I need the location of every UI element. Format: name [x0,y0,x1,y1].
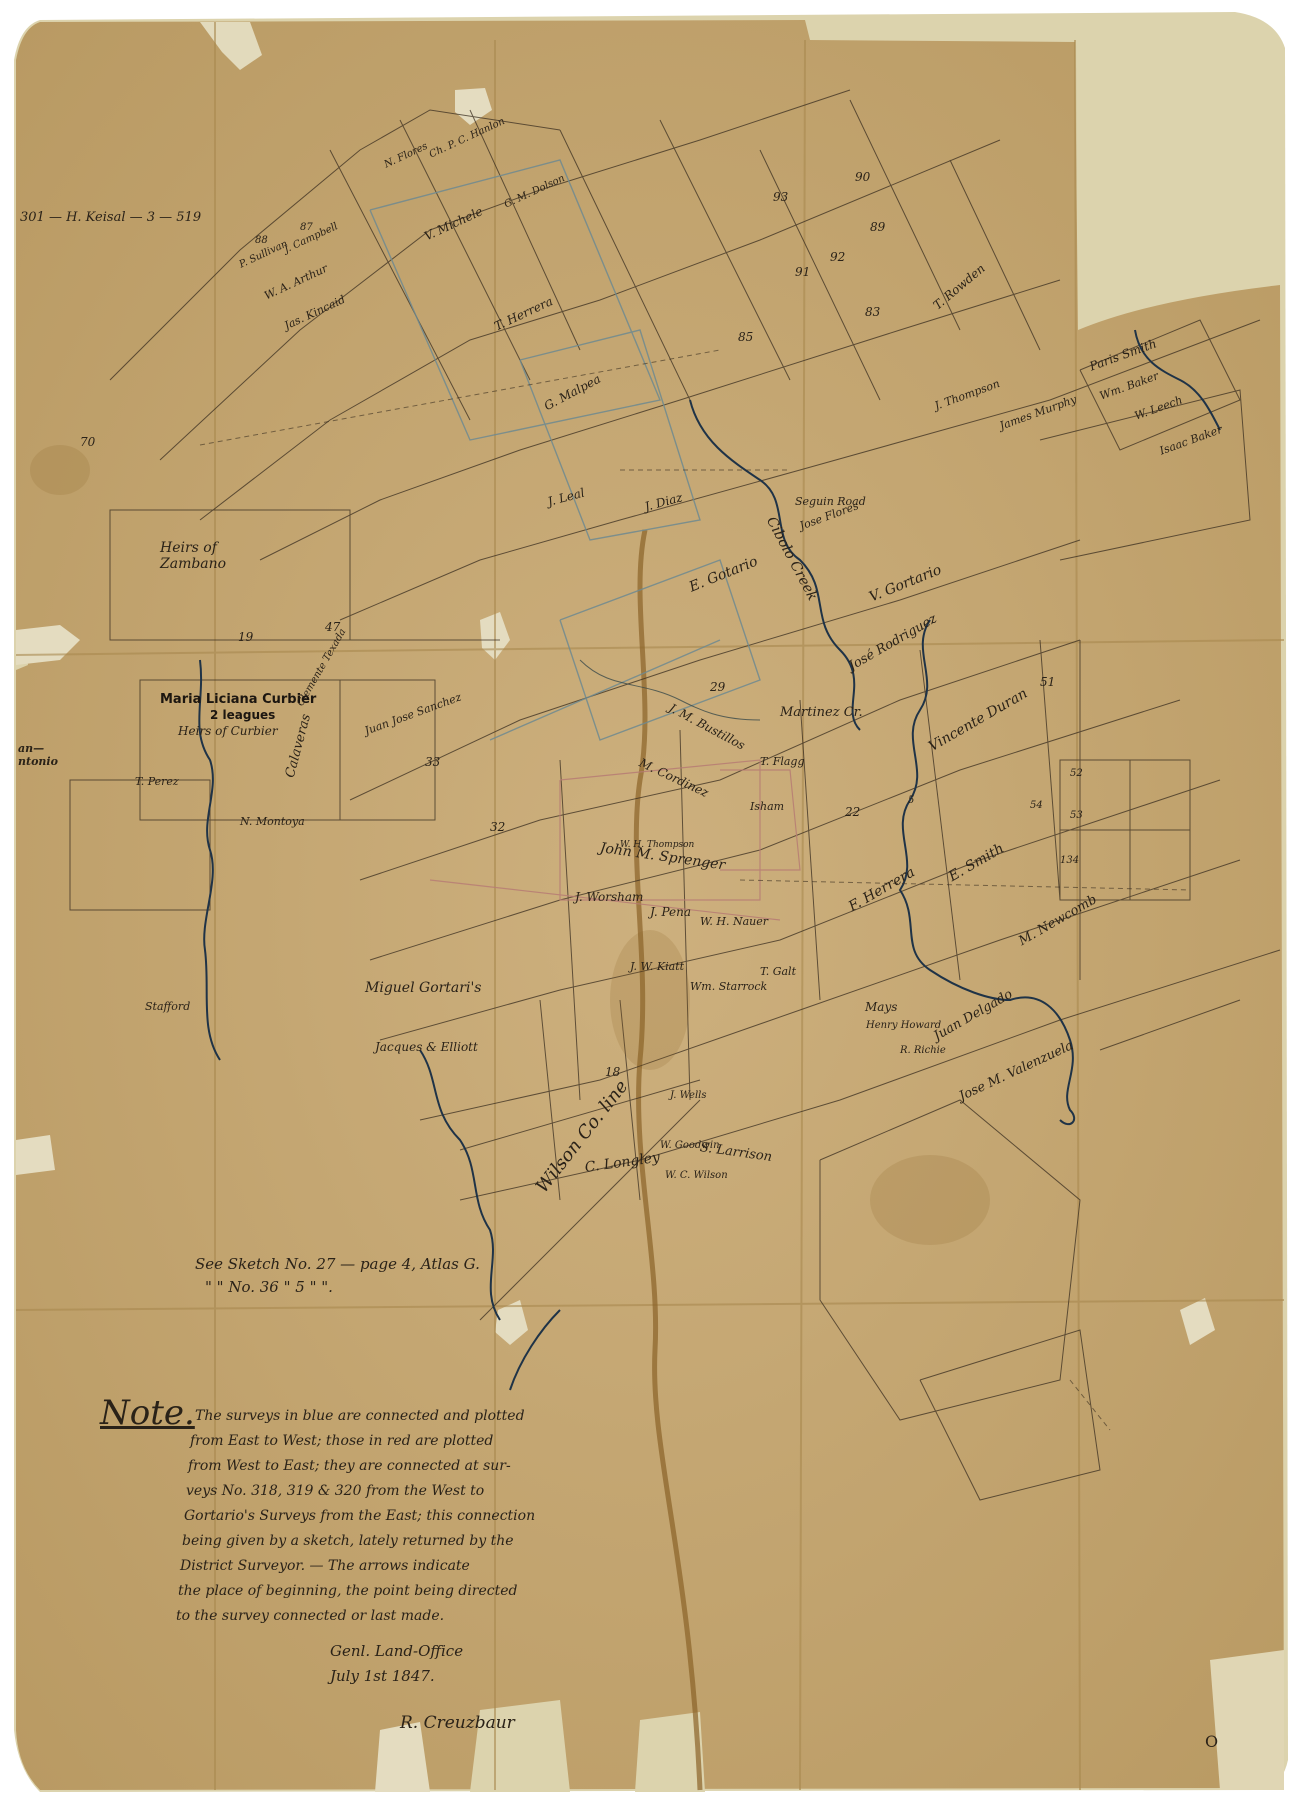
corner-mark: O [1205,1732,1218,1751]
parcel-number: 88 [255,235,268,246]
survey-label: T. Perez [135,775,179,788]
survey-label: W. Goodwin [660,1140,720,1151]
survey-label: J. Wells [670,1090,707,1101]
note-line: the place of beginning, the point being … [178,1580,518,1602]
note-line: being given by a sketch, lately returned… [182,1530,514,1552]
parcel-number: 29 [710,680,725,694]
parcel-number: 91 [795,265,810,279]
parcel-number: 89 [870,220,885,234]
estate-heirs: Heirs of Curbier [178,724,278,738]
parcel-number: 83 [865,305,880,319]
heirs-zambano-label: Heirs of Zambano [160,540,250,572]
parcel-number: 5 [908,795,914,806]
survey-label: T. Flagg [760,755,805,768]
survey-label: Isham [750,800,784,813]
see-sketch-line-2: " " No. 36 " 5 " ". [205,1278,333,1296]
survey-label: J. Pena [650,905,691,919]
survey-label: N. Montoya [240,815,305,828]
see-sketch-line-1: See Sketch No. 27 — page 4, Atlas G. [195,1255,480,1273]
note-line: District Surveyor. — The arrows indicate [180,1555,470,1577]
parcel-number: 19 [238,630,253,644]
survey-label: J. Worsham [575,890,643,904]
parcel-number: 87 [300,222,313,233]
survey-label: W. H. Thompson [620,840,694,850]
parcel-number: 32 [490,820,505,834]
note-line: to the survey connected or last made. [176,1605,444,1627]
survey-label: W. H. Nauer [700,915,768,928]
parcel-number: 22 [845,805,860,819]
survey-label: J. W. Kiatt [630,960,684,973]
survey-label: Stafford [145,1000,190,1013]
note-office: Genl. Land-Office [330,1640,463,1662]
parcel-number: 18 [605,1065,620,1079]
estate-size: 2 leagues [210,708,275,722]
parcel-number: 54 [1030,800,1043,811]
parcel-number: 53 [1070,810,1083,821]
survey-label: Jacques & Elliott [375,1040,478,1054]
survey-label: Henry Howard [866,1020,941,1031]
note-title: Note. [100,1393,195,1433]
note-line: Gortario's Surveys from the East; this c… [184,1505,535,1527]
note-signature: R. Creuzbaur [400,1712,515,1734]
top-left-annotation: 301 — H. Keisal — 3 — 519 [20,210,201,225]
parcel-number: 52 [1070,768,1083,779]
creek-label-martinez: Martinez Cr. [780,705,863,720]
map-sheet: 301 — H. Keisal — 3 — 519 Maria Liciana … [0,0,1306,1800]
note-line: The surveys in blue are connected and pl… [195,1405,525,1427]
survey-label: W. C. Wilson [665,1170,728,1181]
parcel-number: 33 [425,755,440,769]
survey-label: T. Galt [760,965,796,978]
survey-label: Mays [865,1000,897,1014]
estate-name: Maria Liciana Curbier [160,692,316,707]
parcel-number: 90 [855,170,870,184]
margin-fragment: an— ntonio [18,742,58,768]
note-line: veys No. 318, 319 & 320 from the West to [186,1480,484,1502]
parcel-number: 85 [738,330,753,344]
parcel-number: 93 [773,190,788,204]
note-line: from East to West; those in red are plot… [190,1430,493,1452]
parcel-number: 92 [830,250,845,264]
parcel-number: 134 [1060,855,1079,866]
survey-label: Miguel Gortari's [365,980,481,996]
note-date: July 1st 1847. [330,1665,435,1687]
survey-label: Wm. Starrock [690,980,767,993]
note-line: from West to East; they are connected at… [188,1455,511,1477]
parcel-number: 47 [325,620,340,634]
parcel-number: 70 [80,435,95,449]
parcel-number: 51 [1040,675,1055,689]
survey-label: R. Richie [900,1045,946,1056]
